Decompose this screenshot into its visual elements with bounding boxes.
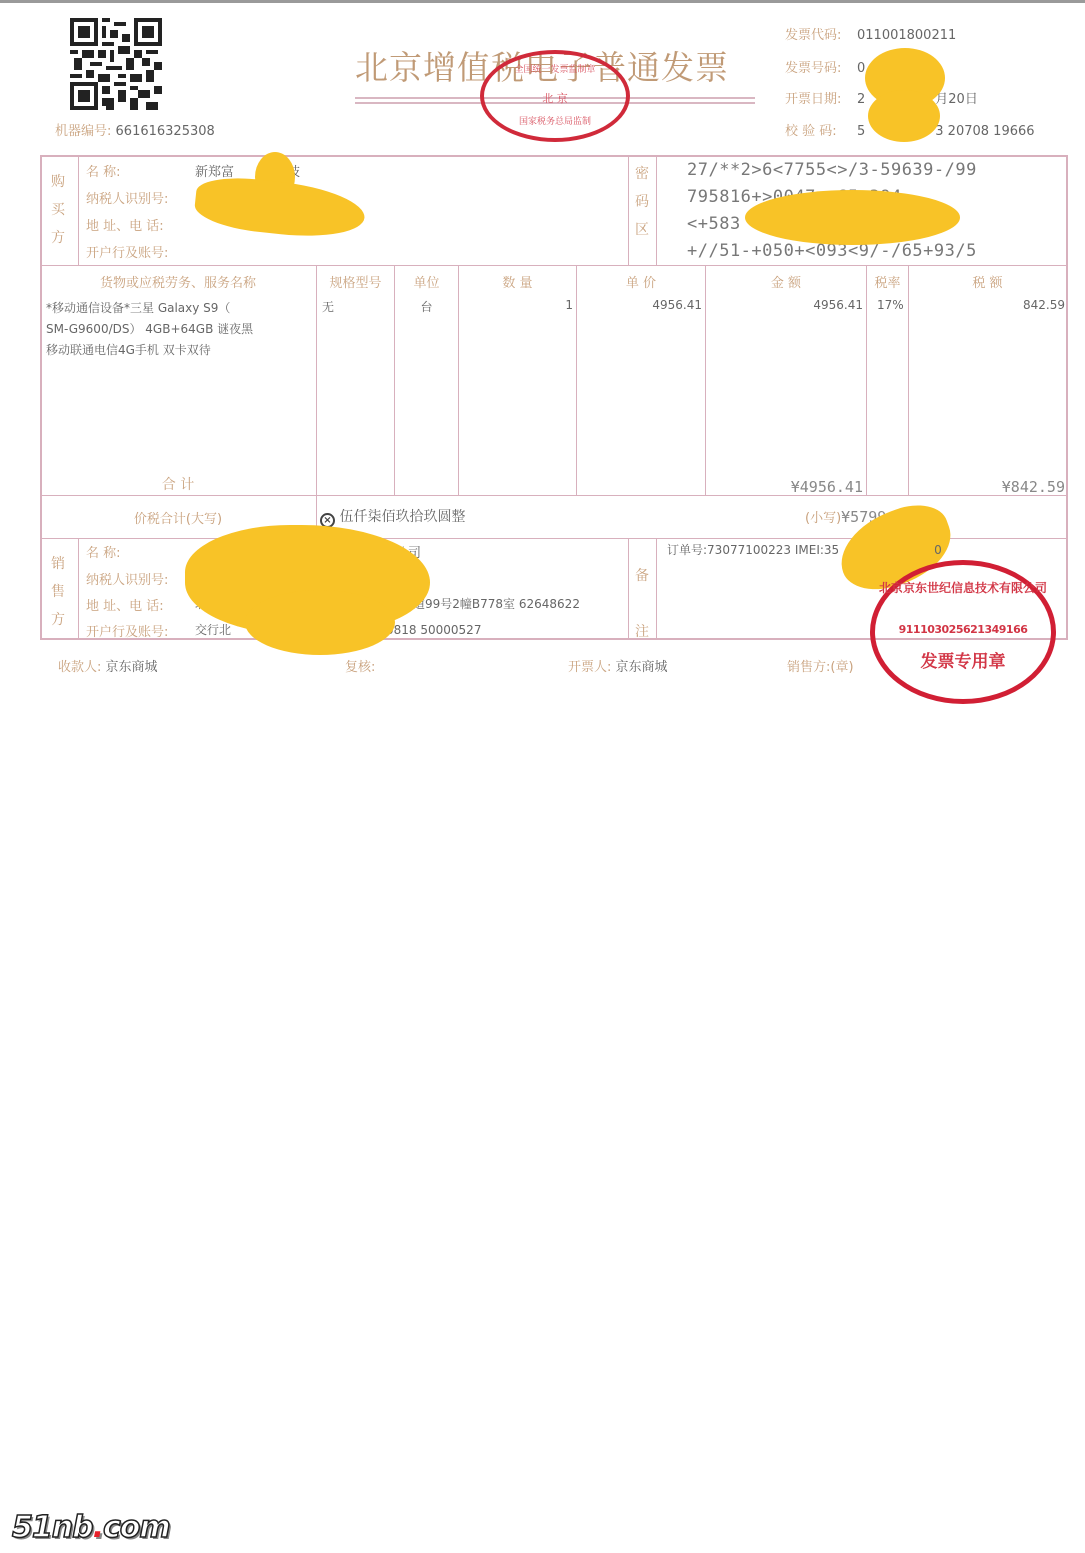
col-header-qty: 数 量 — [459, 272, 576, 291]
buyer-name-label: 名 称: — [86, 161, 121, 180]
item-tax-rate: 17% — [877, 298, 904, 312]
remarks-text: 订单号:73077100223 IMEI:350 — [667, 541, 942, 558]
remarks-section-label: 备 注 — [632, 548, 652, 660]
buyer-address-label: 地 址、电 话: — [86, 215, 164, 234]
cipher-section-label: 密 码 区 — [632, 160, 652, 244]
footer-drawer: 开票人: 京东商城 — [568, 656, 668, 675]
qr-code-icon — [70, 18, 162, 110]
invoice-code: 发票代码:011001800211 — [785, 24, 956, 43]
seller-address-label: 地 址、电 话: — [86, 595, 164, 614]
grand-total-uppercase: × 伍仟柒佰玖拾玖圆整 — [320, 506, 465, 528]
col-header-tax-rate: 税率 — [867, 272, 908, 291]
item-qty: 1 — [459, 298, 573, 312]
divider — [656, 538, 657, 640]
seller-invoice-stamp: 北京京东世纪信息技术有限公司 911103025621349166 发票专用章 — [870, 560, 1056, 704]
cipher-line: 27/**2>6<7755<>/3-59639-/99 — [687, 160, 977, 180]
col-header-amount: 金 额 — [706, 272, 866, 291]
site-watermark-logo: 51nb.com — [12, 1510, 170, 1545]
seller-stamp-ring: 北京京东世纪信息技术有限公司 — [875, 579, 1051, 596]
footer-reviewer: 复核: — [345, 656, 375, 675]
seller-tax-id-label: 纳税人识别号: — [86, 569, 168, 588]
redaction-mark — [745, 190, 960, 245]
machine-number: 机器编号: 661616325308 — [55, 120, 215, 139]
col-header-spec: 规格型号 — [317, 272, 394, 291]
divider — [78, 155, 79, 265]
tax-stamp-middle: 北 京 — [484, 90, 626, 106]
total-amount: ¥4956.41 — [706, 478, 863, 496]
tax-stamp-top: 全国统一发票监制章 — [484, 62, 626, 75]
seller-section-label: 销 售 方 — [48, 550, 68, 634]
tax-stamp-bottom: 国家税务总局监制 — [484, 114, 626, 127]
divider — [656, 155, 657, 265]
redaction-mark — [868, 90, 940, 142]
divider — [78, 538, 79, 640]
col-header-tax: 税 额 — [909, 272, 1066, 291]
seller-stamp-type: 发票专用章 — [875, 647, 1051, 672]
seller-name-label: 名 称: — [86, 542, 121, 561]
seller-stamp-tax-no: 911103025621349166 — [875, 623, 1051, 636]
item-price: 4956.41 — [577, 298, 702, 312]
invoice-number: 发票号码:0 — [785, 57, 865, 76]
item-tax: 842.59 — [909, 298, 1065, 312]
divider — [628, 538, 629, 640]
divider — [316, 265, 317, 538]
item-amount: 4956.41 — [706, 298, 863, 312]
machine-number-label: 机器编号: — [55, 124, 111, 139]
tax-authority-stamp: 全国统一发票监制章 北 京 国家税务总局监制 — [480, 50, 630, 142]
col-header-unit: 单位 — [395, 272, 458, 291]
divider — [866, 265, 867, 495]
total-label: 合 计 — [42, 474, 314, 494]
buyer-section-label: 购 买 方 — [48, 168, 68, 252]
total-tax: ¥842.59 — [909, 478, 1065, 496]
redaction-mark — [245, 590, 395, 655]
grand-total-label: 价税合计(大写) — [42, 508, 314, 527]
buyer-bank-label: 开户行及账号: — [86, 242, 168, 261]
item-unit: 台 — [395, 298, 458, 315]
item-spec: 无 — [322, 298, 334, 315]
top-edge-bar — [0, 0, 1085, 3]
item-name: *移动通信设备*三星 Galaxy S9（ SM-G9600/DS） 4GB+6… — [46, 298, 253, 361]
divider — [40, 265, 1068, 266]
seller-bank-label: 开户行及账号: — [86, 621, 168, 640]
footer-payee: 收款人: 京东商城 — [58, 656, 158, 675]
machine-number-value: 661616325308 — [116, 124, 215, 139]
buyer-tax-id-label: 纳税人识别号: — [86, 188, 168, 207]
col-header-price: 单 价 — [577, 272, 705, 291]
divider — [628, 155, 629, 265]
col-header-item-name: 货物或应税劳务、服务名称 — [42, 272, 314, 291]
footer-seller-seal: 销售方:(章) — [787, 656, 854, 675]
